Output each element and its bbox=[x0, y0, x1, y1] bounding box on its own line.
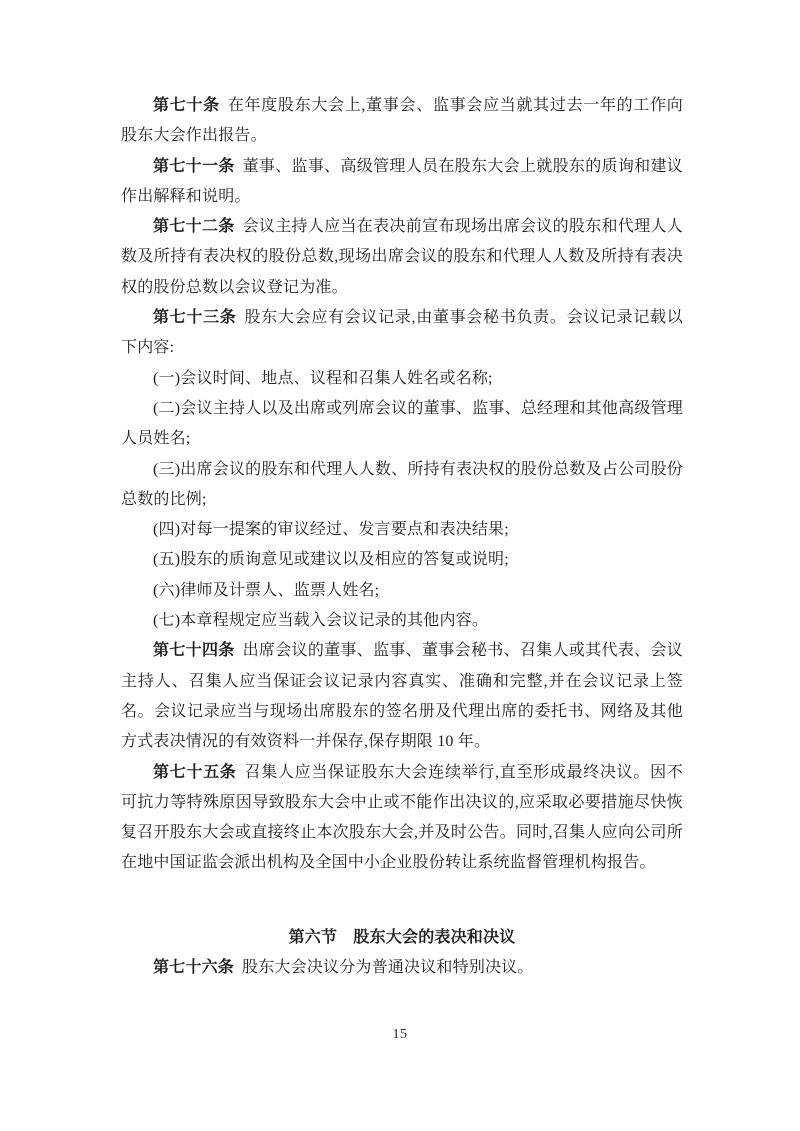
article-paragraph: 第七十六条股东大会决议分为普通决议和特别决议。 bbox=[121, 953, 683, 983]
article-number: 第七十六条 bbox=[153, 959, 234, 976]
section-heading: 第六节 股东大会的表决和决议 bbox=[121, 923, 683, 953]
list-item: (一)会议时间、地点、议程和召集人姓名或名称; bbox=[121, 364, 683, 394]
article-paragraph: 第七十五条召集人应当保证股东大会连续举行,直至形成最终决议。因不可抗力等特殊原因… bbox=[121, 758, 683, 879]
list-item: (四)对每一提案的审议经过、发言要点和表决结果; bbox=[121, 515, 683, 545]
article-number: 第七十二条 bbox=[153, 218, 235, 235]
list-item: (二)会议主持人以及出席或列席会议的董事、监事、总经理和其他高级管理人员姓名; bbox=[121, 394, 683, 455]
article-paragraph: 第七十二条会议主持人应当在表决前宣布现场出席会议的股东和代理人人数及所持有表决权… bbox=[121, 212, 683, 303]
article-number: 第七十三条 bbox=[153, 309, 237, 326]
list-item: (三)出席会议的股东和代理人人数、所持有表决权的股份总数及占公司股份总数的比例; bbox=[121, 455, 683, 516]
article-paragraph: 第七十条在年度股东大会上,董事会、监事会应当就其过去一年的工作向股东大会作出报告… bbox=[121, 91, 683, 152]
document-body: 第七十条在年度股东大会上,董事会、监事会应当就其过去一年的工作向股东大会作出报告… bbox=[121, 91, 683, 983]
list-item: (五)股东的质询意见或建议以及相应的答复或说明; bbox=[121, 545, 683, 575]
article-paragraph: 第七十三条股东大会应有会议记录,由董事会秘书负责。会议记录记载以下内容: bbox=[121, 303, 683, 364]
article-number: 第七十一条 bbox=[153, 158, 235, 175]
article-number: 第七十四条 bbox=[153, 642, 235, 659]
article-number: 第七十五条 bbox=[153, 764, 237, 781]
article-paragraph: 第七十一条董事、监事、高级管理人员在股东大会上就股东的质询和建议作出解释和说明。 bbox=[121, 152, 683, 213]
document-page: 第七十条在年度股东大会上,董事会、监事会应当就其过去一年的工作向股东大会作出报告… bbox=[0, 0, 800, 1131]
article-paragraph: 第七十四条出席会议的董事、监事、董事会秘书、召集人或其代表、会议主持人、召集人应… bbox=[121, 636, 683, 757]
list-item: (六)律师及计票人、监票人姓名; bbox=[121, 576, 683, 606]
article-number: 第七十条 bbox=[153, 97, 220, 114]
list-item: (七)本章程规定应当载入会议记录的其他内容。 bbox=[121, 606, 683, 636]
page-number: 15 bbox=[0, 1027, 800, 1043]
